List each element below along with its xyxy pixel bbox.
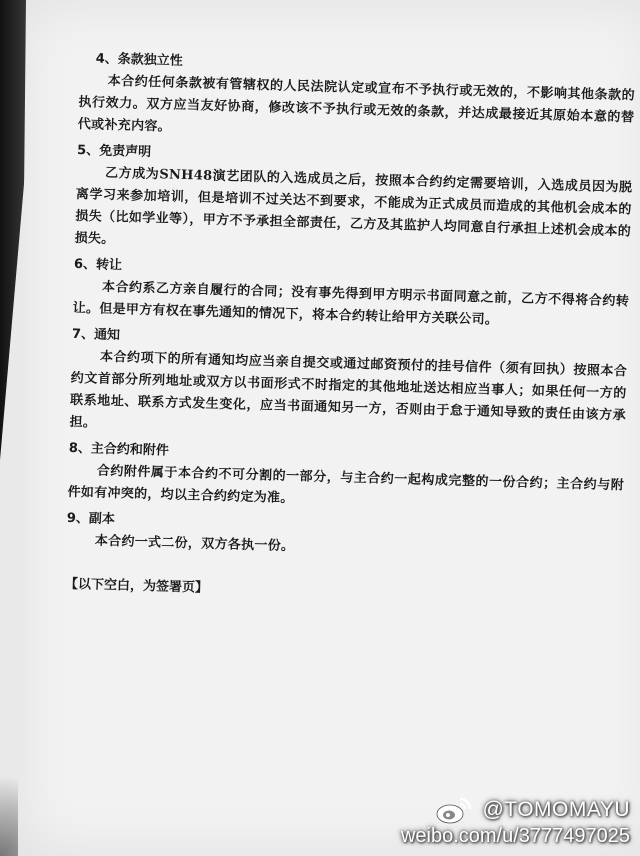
contract-page: 4、条款独立性 本合约任何条款被有管辖权的人民法院认定或宣布不予执行或无效的，不… bbox=[18, 0, 640, 856]
weibo-handle: @TOMOMAYU bbox=[482, 798, 630, 822]
section-body: 本合约项下的所有通知均应当亲自提交或通过邮资预付的挂号信件（须有回执）按照本合约… bbox=[69, 346, 627, 449]
weibo-icon bbox=[434, 795, 474, 825]
section-notice: 7、通知 本合约项下的所有通知均应当亲自提交或通过邮资预付的挂号信件（须有回执）… bbox=[69, 324, 628, 449]
contract-content: 4、条款独立性 本合约任何条款被有管辖权的人民法院认定或宣布不予执行或无效的，不… bbox=[64, 48, 635, 624]
section-body: 本合约任何条款被有管辖权的人民法院认定或宣布不予执行或无效的，不影响其他条款的执… bbox=[78, 70, 636, 151]
weibo-url: weibo.com/u/3777497025 bbox=[401, 825, 630, 848]
weibo-watermark: @TOMOMAYU weibo.com/u/3777497025 bbox=[401, 795, 630, 848]
closing-note: 【以下空白，为签署页】 bbox=[65, 574, 621, 612]
section-main-contract-and-annex: 8、主合约和附件 合约附件属于本合约不可分割的一部分，与主合约一起构成完整的一份… bbox=[67, 438, 625, 519]
section-severability: 4、条款独立性 本合约任何条款被有管辖权的人民法院认定或宣布不予执行或无效的，不… bbox=[94, 48, 636, 151]
section-disclaimer: 5、免责声明 乙方成为SNH48演艺团队的入选成员之后，按照本合约约定需要培训，… bbox=[74, 140, 633, 265]
section-assignment: 6、转让 本合约系乙方亲自履行的合同；没有事先得到甲方明示书面同意之前，乙方不得… bbox=[72, 254, 630, 335]
section-body: 乙方成为SNH48演艺团队的入选成员之后，按照本合约约定需要培训，入选成员因为脱… bbox=[74, 162, 632, 265]
